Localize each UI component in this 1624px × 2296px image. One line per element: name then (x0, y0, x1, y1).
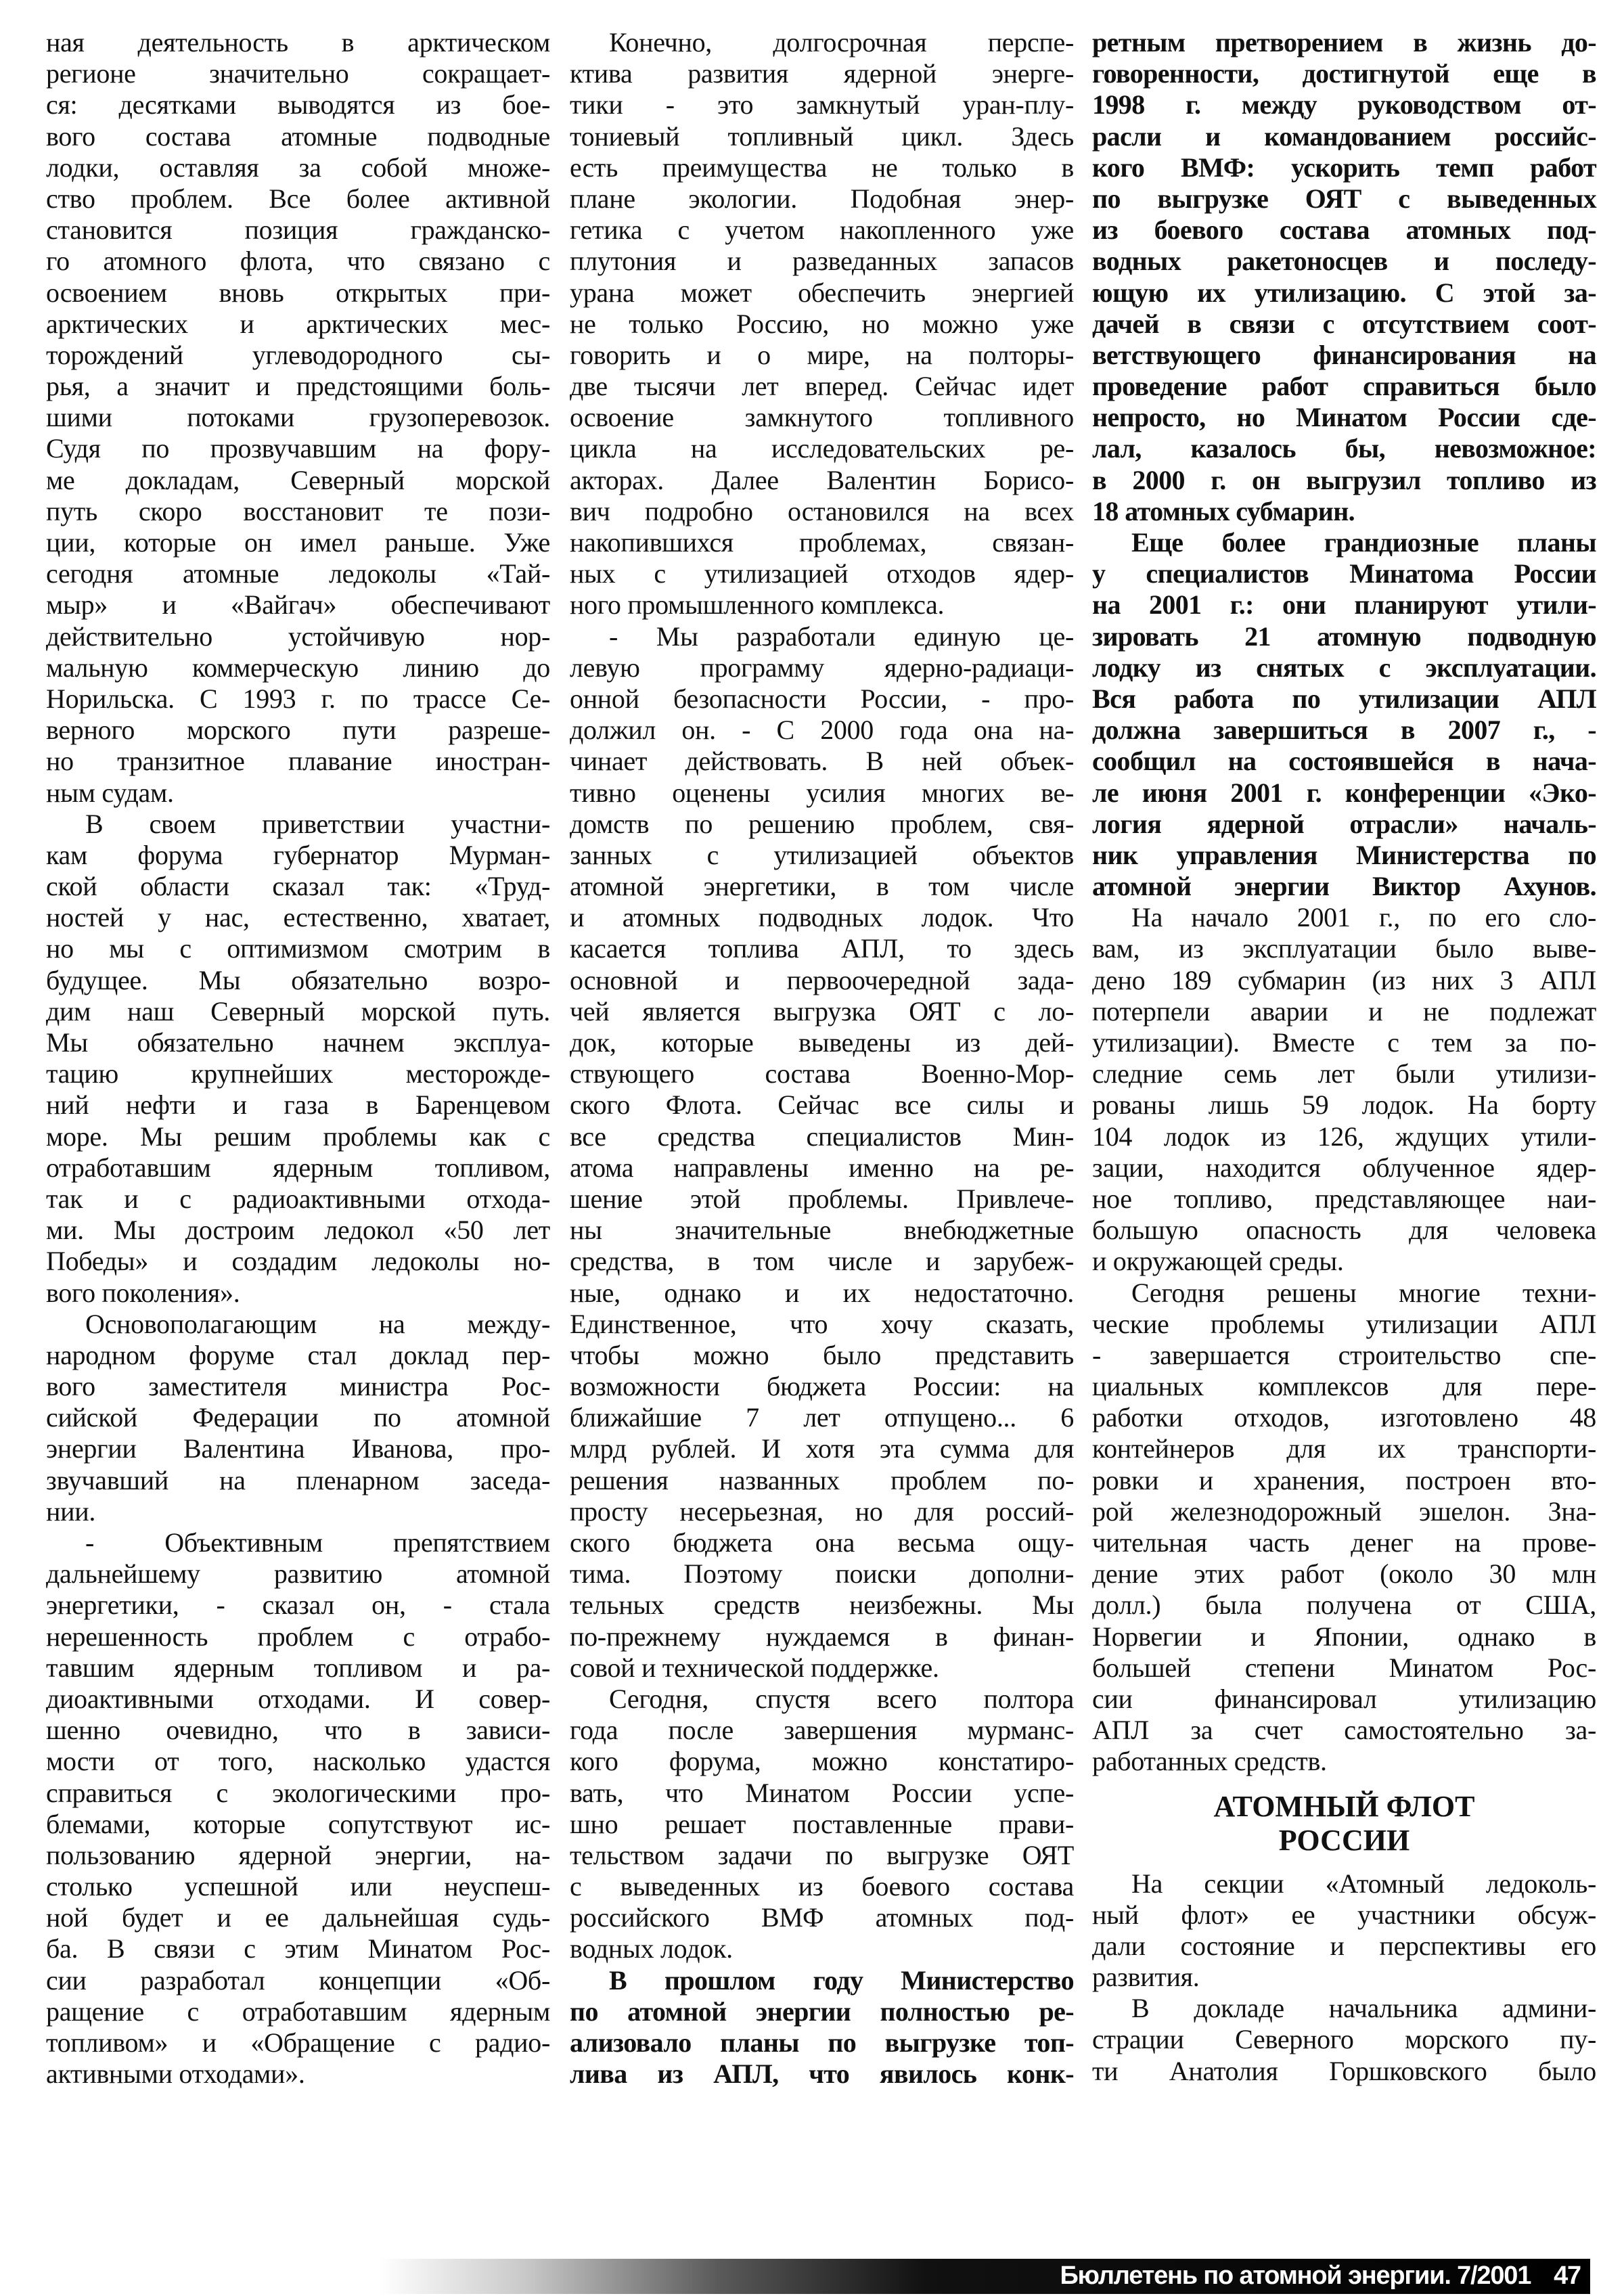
text-line: у специалистов Минатома России (1092, 558, 1596, 589)
text-line: атомной энергии Виктор Ахунов. (1092, 871, 1596, 902)
text-line: топливом» и «Обращение с радио- (46, 2027, 550, 2058)
text-line: дачей в связи с отсутствием соот- (1092, 309, 1596, 340)
text-line: ная деятельность в арктическом (46, 27, 550, 58)
text-line: Победы» и создадим ледоколы но- (46, 1246, 550, 1277)
text-line: В своем приветствии участни- (46, 809, 550, 840)
text-line: вого заместителя министра Рос- (46, 1371, 550, 1402)
text-line: говоренности, достигнутой еще в (1092, 58, 1596, 89)
text-line: блемами, которые сопутствуют ис- (46, 1809, 550, 1840)
section-heading-line-1: АТОМНЫЙ ФЛОТ (1092, 1790, 1596, 1824)
text-line: ного промышленного комплекса. (570, 589, 1074, 621)
text-line: тацию крупнейших месторожде- (46, 1058, 550, 1089)
text-line: акторах. Далее Валентин Борисо- (570, 465, 1074, 496)
text-line: звучавший на пленарном заседа- (46, 1465, 550, 1496)
text-line: столько успешной или неуспеш- (46, 1871, 550, 1902)
text-line: чей является выгрузка ОЯТ с ло- (570, 996, 1074, 1027)
text-line: в 2000 г. он выгрузил топливо из (1092, 465, 1596, 496)
text-line: - Мы разработали единую це- (570, 621, 1074, 652)
text-line: должна завершиться в 2007 г., - (1092, 715, 1596, 746)
text-line: шенно очевидно, что в зависи- (46, 1715, 550, 1746)
text-line: утилизации). Вместе с тем за по- (1092, 1027, 1596, 1058)
text-line: освоением вновь открытых при- (46, 277, 550, 309)
text-line: развития. (1092, 1962, 1596, 1993)
text-line: ный флот» ее участники обсуж- (1092, 1899, 1596, 1931)
text-line: года после завершения мурманс- (570, 1715, 1074, 1746)
text-column-1: ная деятельность в арктическомрегионе зн… (46, 27, 550, 2090)
text-line: но транзитное плавание иностран- (46, 746, 550, 777)
text-line: диоактивными отходами. И совер- (46, 1684, 550, 1715)
text-line: сийской Федерации по атомной (46, 1402, 550, 1433)
text-line: ализовало планы по выгрузке топ- (570, 2027, 1074, 2058)
newspaper-page: ная деятельность в арктическомрегионе зн… (0, 0, 1624, 2296)
text-line: ровки и хранения, построен вто- (1092, 1465, 1596, 1496)
text-line: регионе значительно сокращает- (46, 58, 550, 89)
text-line: мости от того, насколько удастся (46, 1746, 550, 1777)
text-line: чинает действовать. В ней объек- (570, 746, 1074, 777)
text-line: зировать 21 атомную подводную (1092, 621, 1596, 652)
text-line: арктических и арктических мес- (46, 309, 550, 340)
text-line: но мы с оптимизмом смотрим в (46, 933, 550, 964)
text-line: дали состояние и перспективы его (1092, 1931, 1596, 1962)
text-line: работанных средств. (1092, 1746, 1596, 1777)
text-line: шение этой проблемы. Привлече- (570, 1184, 1074, 1215)
page-number: 47 (1554, 2261, 1581, 2290)
text-line: из боевого состава атомных под- (1092, 215, 1596, 246)
text-line: ся: десятками выводятся из бое- (46, 89, 550, 120)
text-line: На начало 2001 г., по его сло- (1092, 902, 1596, 933)
text-line: АПЛ за счет самостоятельно за- (1092, 1715, 1596, 1746)
text-line: занных с утилизацией объектов (570, 840, 1074, 871)
text-line: - завершается строительство спе- (1092, 1340, 1596, 1371)
text-line: ктива развития ядерной энерге- (570, 58, 1074, 89)
text-line: становится позиция гражданско- (46, 215, 550, 246)
text-line: должил он. - С 2000 года она на- (570, 715, 1074, 746)
text-line: плане экологии. Подобная энер- (570, 183, 1074, 215)
text-line: 104 лодок из 126, ждущих утили- (1092, 1121, 1596, 1152)
text-line: справиться с экологическими про- (46, 1778, 550, 1809)
text-line: две тысячи лет вперед. Сейчас идет (570, 371, 1074, 402)
text-line: логия ядерной отрасли» началь- (1092, 809, 1596, 840)
text-line: ского Флота. Сейчас все силы и (570, 1089, 1074, 1121)
text-line: путь скоро восстановит те пози- (46, 496, 550, 527)
text-line: вого поколения». (46, 1278, 550, 1309)
text-line: не только Россию, но можно уже (570, 309, 1074, 340)
text-line: с выведенных из боевого состава (570, 1871, 1074, 1902)
text-line: циальных комплексов для пере- (1092, 1371, 1596, 1402)
text-line: Единственное, что хочу сказать, (570, 1309, 1074, 1340)
text-line: ствующего состава Военно-Мор- (570, 1058, 1074, 1089)
text-line: расли и командованием российс- (1092, 121, 1596, 152)
text-line: В прошлом году Министерство (570, 1965, 1074, 1996)
column-3-text-after-heading: На секции «Атомный ледоколь-ный флот» ее… (1092, 1868, 1596, 2087)
text-line: тики - это замкнутый уран-плу- (570, 89, 1074, 120)
text-line: Мы обязательно начнем эксплуа- (46, 1027, 550, 1058)
text-line: тавшим ядерным топливом и ра- (46, 1652, 550, 1684)
text-line: возможности бюджета России: на (570, 1371, 1074, 1402)
text-line: сегодня атомные ледоколы «Тай- (46, 558, 550, 589)
text-line: рованы лишь 59 лодок. На борту (1092, 1089, 1596, 1121)
text-line: го атомного флота, что связано с (46, 246, 550, 277)
text-line: шно решает поставленные прави- (570, 1809, 1074, 1840)
text-line: сообщил на состоявшейся в нача- (1092, 746, 1596, 777)
text-line: контейнеров для их транспорти- (1092, 1433, 1596, 1464)
text-line: накопившихся проблемах, связан- (570, 527, 1074, 558)
text-line: ны значительные внебюджетные (570, 1215, 1074, 1246)
text-line: средства, в том числе и зарубеж- (570, 1246, 1074, 1277)
text-line: ным судам. (46, 778, 550, 809)
text-line: мыр» и «Вайгач» обеспечивают (46, 589, 550, 621)
text-line: и атомных подводных лодок. Что (570, 902, 1074, 933)
section-heading-line-2: РОССИИ (1092, 1824, 1596, 1858)
text-line: цикла на исследовательских ре- (570, 433, 1074, 464)
text-line: Вся работа по утилизации АПЛ (1092, 683, 1596, 715)
text-line: водных ракетоносцев и последу- (1092, 246, 1596, 277)
text-line: ной будет и ее дальнейшая судь- (46, 1902, 550, 1933)
text-line: тивно оценены усилия многих ве- (570, 778, 1074, 809)
text-line: ных с утилизацией отходов ядер- (570, 558, 1074, 589)
text-line: чтобы можно было представить (570, 1340, 1074, 1371)
text-line: сии разработал концепции «Об- (46, 1965, 550, 1996)
text-line: по атомной энергии полностью ре- (570, 1996, 1074, 2027)
text-line: нерешенность проблем с отрабо- (46, 1621, 550, 1652)
text-line: ле июня 2001 г. конференции «Эко- (1092, 778, 1596, 809)
text-line: лива из АПЛ, что явилось конк- (570, 2058, 1074, 2090)
text-line: российского ВМФ атомных под- (570, 1902, 1074, 1933)
text-line: следние семь лет были утилизи- (1092, 1058, 1596, 1089)
text-line: атома направлены именно на ре- (570, 1152, 1074, 1184)
text-line: все средства специалистов Мин- (570, 1121, 1074, 1152)
text-line: верного морского пути разреше- (46, 715, 550, 746)
text-line: 1998 г. между руководством от- (1092, 89, 1596, 120)
text-line: ского бюджета она весьма ощу- (570, 1527, 1074, 1558)
text-line: работки отходов, изготовлено 48 (1092, 1402, 1596, 1433)
text-line: Еще более грандиозные планы (1092, 527, 1596, 558)
text-line: лодку из снятых с эксплуатации. (1092, 652, 1596, 683)
text-line: домств по решению проблем, свя- (570, 809, 1074, 840)
text-line: ное топливо, представляющее наи- (1092, 1184, 1596, 1215)
text-line: атомной энергетики, в том числе (570, 871, 1074, 902)
text-line: тониевый топливный цикл. Здесь (570, 121, 1074, 152)
text-line: ник управления Министерства по (1092, 840, 1596, 871)
text-line: Сегодня, спустя всего полтора (570, 1684, 1074, 1715)
text-line: док, которые выведены из дей- (570, 1027, 1074, 1058)
text-line: большей степени Минатом Рос- (1092, 1652, 1596, 1684)
text-line: Судя по прозвучавшим на фору- (46, 433, 550, 464)
text-line: ний нефти и газа в Баренцевом (46, 1089, 550, 1121)
text-line: вого состава атомные подводные (46, 121, 550, 152)
text-line: народном форуме стал доклад пер- (46, 1340, 550, 1371)
text-line: освоение замкнутого топливного (570, 402, 1074, 433)
text-line: онной безопасности России, - про- (570, 683, 1074, 715)
text-line: Норильска. С 1993 г. по трассе Се- (46, 683, 550, 715)
text-line: просту несерьезная, но для россий- (570, 1496, 1074, 1527)
text-line: ближайшие 7 лет отпущено... 6 (570, 1402, 1074, 1433)
text-line: На секции «Атомный ледоколь- (1092, 1868, 1596, 1899)
text-line: будущее. Мы обязательно возро- (46, 965, 550, 996)
text-line: Сегодня решены многие техни- (1092, 1278, 1596, 1309)
text-line: шими потоками грузоперевозок. (46, 402, 550, 433)
text-line: активными отходами». (46, 2058, 550, 2090)
text-line: дено 189 субмарин (из них 3 АПЛ (1092, 965, 1596, 996)
text-line: ти Анатолия Горшковского было (1092, 2056, 1596, 2087)
text-line: море. Мы решим проблемы как с (46, 1121, 550, 1152)
text-line: ми. Мы достроим ледокол «50 лет (46, 1215, 550, 1246)
text-line: основной и первоочередной зада- (570, 965, 1074, 996)
text-line: пользованию ядерной энергии, на- (46, 1840, 550, 1871)
text-line: потерпели аварии и не подлежат (1092, 996, 1596, 1027)
text-line: ции, которые он имел раньше. Уже (46, 527, 550, 558)
text-line: ской области сказал так: «Труд- (46, 871, 550, 902)
journal-title: Бюллетень по атомной энергии. 7/2001 (1060, 2261, 1531, 2290)
text-line: страции Северного морского пу- (1092, 2024, 1596, 2055)
footer-text: Бюллетень по атомной энергии. 7/200147 (1060, 2261, 1581, 2291)
text-line: Конечно, долгосрочная перспе- (570, 27, 1074, 58)
text-line: непросто, но Минатом России сде- (1092, 402, 1596, 433)
text-line: плутония и разведанных запасов (570, 246, 1074, 277)
text-line: энергии Валентина Иванова, про- (46, 1433, 550, 1464)
text-line: дение этих работ (около 30 млн (1092, 1558, 1596, 1590)
text-line: вам, из эксплуатации было выве- (1092, 933, 1596, 964)
text-line: кам форума губернатор Мурман- (46, 840, 550, 871)
section-heading: АТОМНЫЙ ФЛОТ РОССИИ (1092, 1790, 1596, 1858)
text-line: говорить и о мире, на полторы- (570, 340, 1074, 371)
text-line: Основополагающим на между- (46, 1309, 550, 1340)
text-line: млрд рублей. И хотя эта сумма для (570, 1433, 1074, 1464)
text-line: зации, находится облученное ядер- (1092, 1152, 1596, 1184)
text-line: и окружающей среды. (1092, 1246, 1596, 1277)
text-line: ба. В связи с этим Минатом Рос- (46, 1933, 550, 1964)
text-line: энергетики, - сказал он, - стала (46, 1590, 550, 1621)
text-line: на 2001 г.: они планируют утили- (1092, 589, 1596, 621)
text-line: по-прежнему нуждаемся в финан- (570, 1621, 1074, 1652)
text-line: урана может обеспечить энергией (570, 277, 1074, 309)
text-column-2: Конечно, долгосрочная перспе-ктива разви… (570, 27, 1074, 2090)
text-line: - Объективным препятствием (46, 1527, 550, 1558)
text-line: чительная часть денег на прове- (1092, 1527, 1596, 1558)
text-line: действительно устойчивую нор- (46, 621, 550, 652)
text-line: В докладе начальника админи- (1092, 1993, 1596, 2024)
text-line: проведение работ справиться было (1092, 371, 1596, 402)
text-line: дим наш Северный морской путь. (46, 996, 550, 1027)
text-line: рья, а значит и предстоящими боль- (46, 371, 550, 402)
text-line: ме докладам, Северный морской (46, 465, 550, 496)
text-line: долл.) была получена от США, (1092, 1590, 1596, 1621)
text-line: отработавшим ядерным топливом, (46, 1152, 550, 1184)
text-line: левую программу ядерно-радиаци- (570, 652, 1074, 683)
column-3-text-before-heading: ретным претворением в жизнь до-говоренно… (1092, 27, 1596, 1778)
text-line: касается топлива АПЛ, то здесь (570, 933, 1074, 964)
text-line: лал, казалось бы, невозможное: (1092, 433, 1596, 464)
text-line: тельством задачи по выгрузке ОЯТ (570, 1840, 1074, 1871)
text-line: мальную коммерческую линию до (46, 652, 550, 683)
text-line: сии финансировал утилизацию (1092, 1684, 1596, 1715)
text-line: ющую их утилизацию. С этой за- (1092, 277, 1596, 309)
text-line: дальнейшему развитию атомной (46, 1558, 550, 1590)
text-line: ретным претворением в жизнь до- (1092, 27, 1596, 58)
text-line: ращение с отработавшим ядерным (46, 1996, 550, 2027)
text-line: рой железнодорожный эшелон. Зна- (1092, 1496, 1596, 1527)
text-line: ностей у нас, естественно, хватает, (46, 902, 550, 933)
text-line: гетика с учетом накопленного уже (570, 215, 1074, 246)
text-line: водных лодок. (570, 1933, 1074, 1964)
text-line: так и с радиоактивными отхода- (46, 1184, 550, 1215)
text-line: ветствующего финансирования на (1092, 340, 1596, 371)
journal-footer-band: Бюллетень по атомной энергии. 7/200147 (379, 2259, 1590, 2294)
text-line: совой и технической поддержке. (570, 1652, 1074, 1684)
text-column-3: ретным претворением в жизнь до-говоренно… (1092, 27, 1596, 2087)
text-line: лодки, оставляя за собой множе- (46, 152, 550, 183)
text-line: ческие проблемы утилизации АПЛ (1092, 1309, 1596, 1340)
text-line: есть преимущества не только в (570, 152, 1074, 183)
text-line: ство проблем. Все более активной (46, 183, 550, 215)
text-line: большую опасность для человека (1092, 1215, 1596, 1246)
text-line: по выгрузке ОЯТ с выведенных (1092, 183, 1596, 215)
text-line: ные, однако и их недостаточно. (570, 1278, 1074, 1309)
text-line: нии. (46, 1496, 550, 1527)
text-line: кого ВМФ: ускорить темп работ (1092, 152, 1596, 183)
text-line: тима. Поэтому поиски дополни- (570, 1558, 1074, 1590)
text-line: 18 атомных субмарин. (1092, 496, 1596, 527)
text-line: вать, что Минатом России успе- (570, 1778, 1074, 1809)
text-line: тельных средств неизбежны. Мы (570, 1590, 1074, 1621)
text-line: решения названных проблем по- (570, 1465, 1074, 1496)
text-line: торождений углеводородного сы- (46, 340, 550, 371)
text-line: вич подробно остановился на всех (570, 496, 1074, 527)
text-line: кого форума, можно констатиро- (570, 1746, 1074, 1777)
text-line: Норвегии и Японии, однако в (1092, 1621, 1596, 1652)
